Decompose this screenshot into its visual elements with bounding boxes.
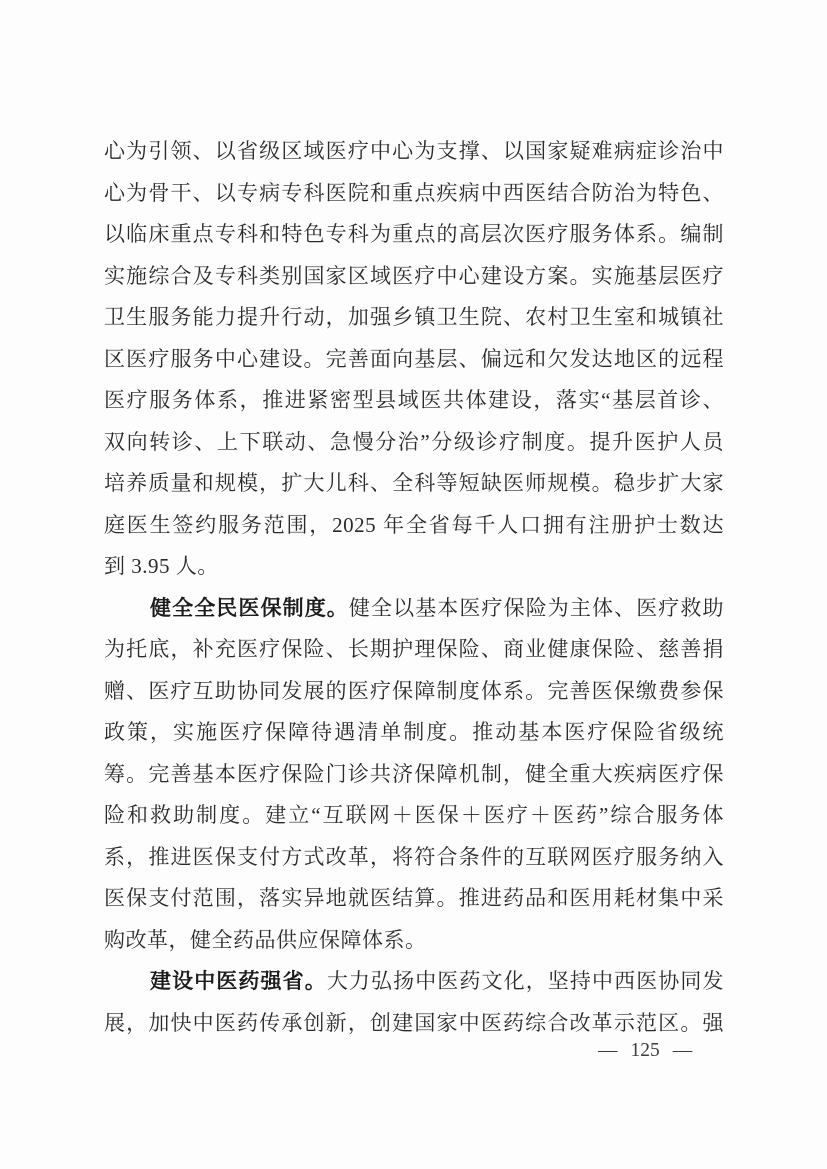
text-line: 医疗服务体系，推进紧密型县域医共体建设，落实“基层首诊、 bbox=[104, 380, 724, 422]
text-line: 赠、医疗互助协同发展的医疗保障制度体系。完善医保缴费参保 bbox=[104, 671, 724, 713]
text-line: 医保支付范围，落实异地就医结算。推进药品和医用耗材集中采 bbox=[104, 878, 724, 920]
text-line: 展，加快中医药传承创新，创建国家中医药综合改革示范区。强 bbox=[104, 1003, 724, 1045]
text-line: 险和救助制度。建立“互联网＋医保＋医疗＋医药”综合服务体 bbox=[104, 795, 724, 837]
page-number-dash-left: — bbox=[598, 1039, 618, 1063]
page-number-value: 125 bbox=[631, 1039, 660, 1063]
text-line: 卫生服务能力提升行动，加强乡镇卫生院、农村卫生室和城镇社 bbox=[104, 297, 724, 339]
page-number: — 125 — bbox=[598, 1039, 692, 1063]
paragraph-lead-rest: 大力弘扬中医药文化，坚持中西医协同发 bbox=[327, 969, 724, 993]
page-number-dash-right: — bbox=[673, 1039, 693, 1063]
text-line: 以临床重点专科和特色专科为重点的高层次医疗服务体系。编制 bbox=[104, 214, 724, 256]
text-line: 培养质量和规模，扩大儿科、全科等短缺医师规模。稳步扩大家 bbox=[104, 463, 724, 505]
text-line-paragraph-start: 建设中医药强省。大力弘扬中医药文化，坚持中西医协同发 bbox=[104, 961, 724, 1003]
text-line: 为托底，补充医疗保险、长期护理保险、商业健康保险、慈善捐 bbox=[104, 629, 724, 671]
text-line: 庭医生签约服务范围，2025 年全省每千人口拥有注册护士数达 bbox=[104, 505, 724, 547]
text-line: 心为引领、以省级区域医疗中心为支撑、以国家疑难病症诊治中 bbox=[104, 131, 724, 173]
paragraph-lead-bold: 健全全民医保制度。 bbox=[150, 596, 349, 620]
text-line: 实施综合及专科类别国家区域医疗中心建设方案。实施基层医疗 bbox=[104, 256, 724, 298]
text-line: 区医疗服务中心建设。完善面向基层、偏远和欠发达地区的远程 bbox=[104, 339, 724, 381]
text-line: 政策，实施医疗保障待遇清单制度。推动基本医疗保险省级统 bbox=[104, 712, 724, 754]
text-line: 心为骨干、以专病专科医院和重点疾病中西医结合防治为特色、 bbox=[104, 173, 724, 215]
paragraph-lead-rest: 健全以基本医疗保险为主体、医疗救助 bbox=[349, 596, 724, 620]
text-line-paragraph-end: 到 3.95 人。 bbox=[104, 546, 724, 588]
paragraph-lead-bold: 建设中医药强省。 bbox=[150, 969, 327, 993]
text-line-paragraph-end: 购改革，健全药品供应保障体系。 bbox=[104, 920, 724, 962]
text-line: 筹。完善基本医疗保险门诊共济保障机制，健全重大疾病医疗保 bbox=[104, 754, 724, 796]
text-line: 系，推进医保支付方式改革，将符合条件的互联网医疗服务纳入 bbox=[104, 837, 724, 879]
text-line-paragraph-start: 健全全民医保制度。健全以基本医疗保险为主体、医疗救助 bbox=[104, 588, 724, 630]
document-page: 心为引领、以省级区域医疗中心为支撑、以国家疑难病症诊治中 心为骨干、以专病专科医… bbox=[0, 0, 827, 1169]
text-line: 双向转诊、上下联动、急慢分治”分级诊疗制度。提升医护人员 bbox=[104, 422, 724, 464]
document-body: 心为引领、以省级区域医疗中心为支撑、以国家疑难病症诊治中 心为骨干、以专病专科医… bbox=[104, 131, 724, 1044]
